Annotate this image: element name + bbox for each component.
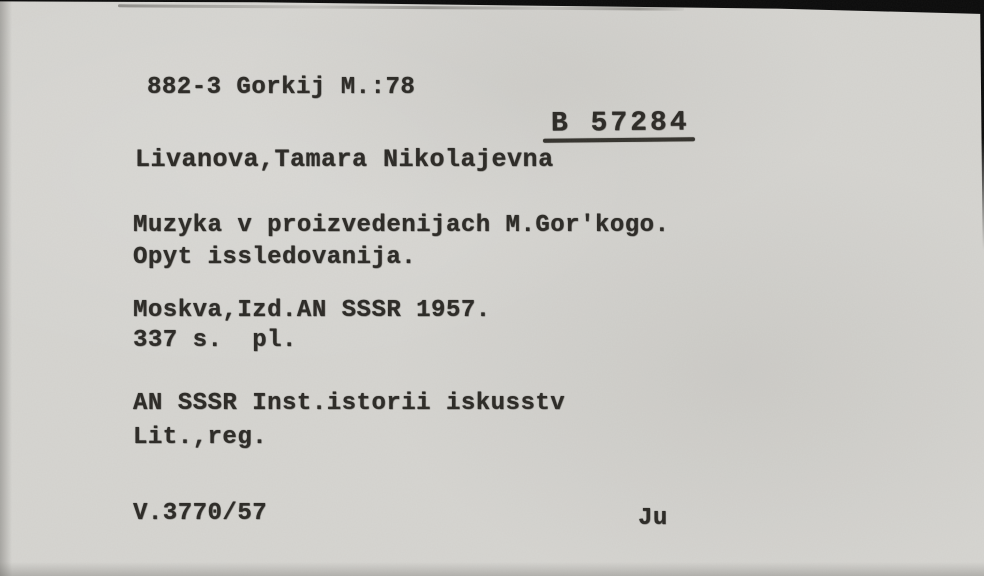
call-number: 882-3 Gorkij M.:78 bbox=[147, 74, 415, 101]
accession-number-stamp: B 57284 bbox=[551, 108, 690, 140]
collation-line: 337 s. pl. bbox=[133, 327, 297, 354]
series-note-line: AN SSSR Inst.istorii iskusstv bbox=[133, 390, 565, 417]
subtitle-line: Opyt issledovanija. bbox=[133, 244, 416, 271]
left-edge-shadow bbox=[0, 0, 12, 576]
bibliography-note-line: Lit.,reg. bbox=[133, 424, 267, 451]
shelf-number: V.3770/57 bbox=[133, 500, 267, 527]
catalog-card-scan: 882-3 Gorkij M.:78 B 57284 Livanova,Tama… bbox=[0, 0, 984, 576]
author-heading: Livanova,Tamara Nikolajevna bbox=[135, 145, 554, 174]
title-line: Muzyka v proizvedenijach M.Gor'kogo. bbox=[133, 212, 669, 239]
catalog-card-paper: 882-3 Gorkij M.:78 B 57284 Livanova,Tama… bbox=[0, 0, 984, 576]
bottom-edge-shadow bbox=[0, 562, 984, 576]
accession-number-underline bbox=[543, 137, 695, 143]
imprint-line: Moskva,Izd.AN SSSR 1957. bbox=[133, 297, 491, 324]
cataloguer-initials: Ju bbox=[638, 505, 668, 532]
